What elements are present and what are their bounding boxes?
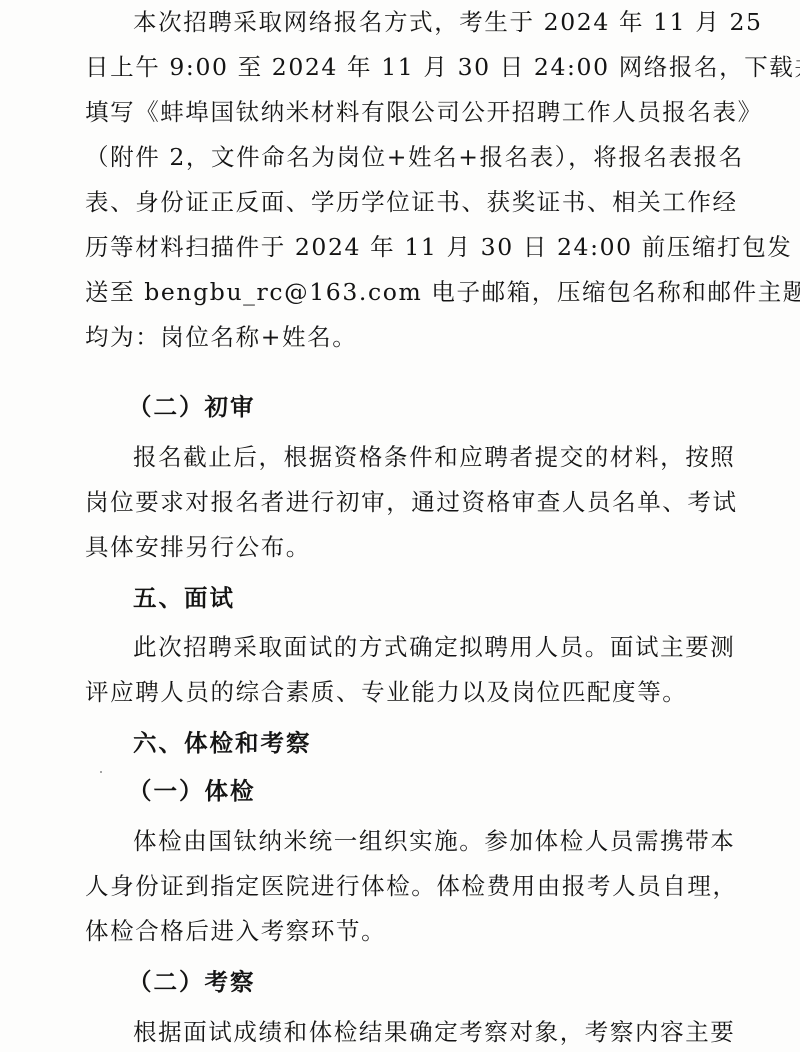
paragraph-line-interview-1: 此次招聘采取面试的方式确定拟聘用人员。面试主要测	[133, 632, 763, 662]
paragraph-line-medical-3: 体检合格后进入考察环节。	[85, 916, 715, 946]
paragraph-line-registration-2: 日上午 9:00 至 2024 年 11 月 30 日 24:00 网络报名，下…	[85, 52, 715, 82]
paragraph-line-medical-1: 体检由国钛纳米统一组织实施。参加体检人员需携带本	[133, 826, 763, 856]
paragraph-line-assessment-1: 根据面试成绩和体检结果确定考察对象，考察内容主要	[133, 1017, 763, 1047]
scan-speck	[100, 771, 102, 773]
document-page: 本次招聘采取网络报名方式，考生于 2024 年 11 月 25 日上午 9:00…	[0, 0, 800, 1052]
paragraph-line-registration-6: 历等材料扫描件于 2024 年 11 月 30 日 24:00 前压缩打包发	[85, 232, 715, 262]
subheading-medical-exam: （一）体检	[128, 776, 758, 806]
paragraph-line-registration-7: 送至 bengbu_rc@163.com 电子邮箱，压缩包名称和邮件主题	[85, 277, 715, 307]
paragraph-line-review-3: 具体安排另行公布。	[85, 532, 715, 562]
paragraph-line-review-2: 岗位要求对报名者进行初审，通过资格审查人员名单、考试	[85, 487, 715, 517]
paragraph-line-review-1: 报名截止后，根据资格条件和应聘者提交的材料，按照	[133, 442, 763, 472]
paragraph-line-registration-8: 均为：岗位名称+姓名。	[85, 322, 715, 352]
section-heading-interview: 五、面试	[133, 583, 763, 613]
paragraph-line-registration-5: 表、身份证正反面、学历学位证书、获奖证书、相关工作经	[85, 187, 715, 217]
paragraph-line-interview-2: 评应聘人员的综合素质、专业能力以及岗位匹配度等。	[85, 677, 715, 707]
subheading-preliminary-review: （二）初审	[128, 392, 758, 422]
paragraph-line-registration-3: 填写《蚌埠国钛纳米材料有限公司公开招聘工作人员报名表》	[85, 97, 715, 127]
subheading-assessment: （二）考察	[128, 967, 758, 997]
paragraph-line-medical-2: 人身份证到指定医院进行体检。体检费用由报考人员自理，	[85, 871, 715, 901]
paragraph-line-registration-1: 本次招聘采取网络报名方式，考生于 2024 年 11 月 25	[133, 7, 763, 37]
section-heading-medical-and-assessment: 六、体检和考察	[133, 728, 763, 758]
paragraph-line-registration-4: （附件 2，文件命名为岗位+姓名+报名表），将报名表报名	[85, 142, 715, 172]
